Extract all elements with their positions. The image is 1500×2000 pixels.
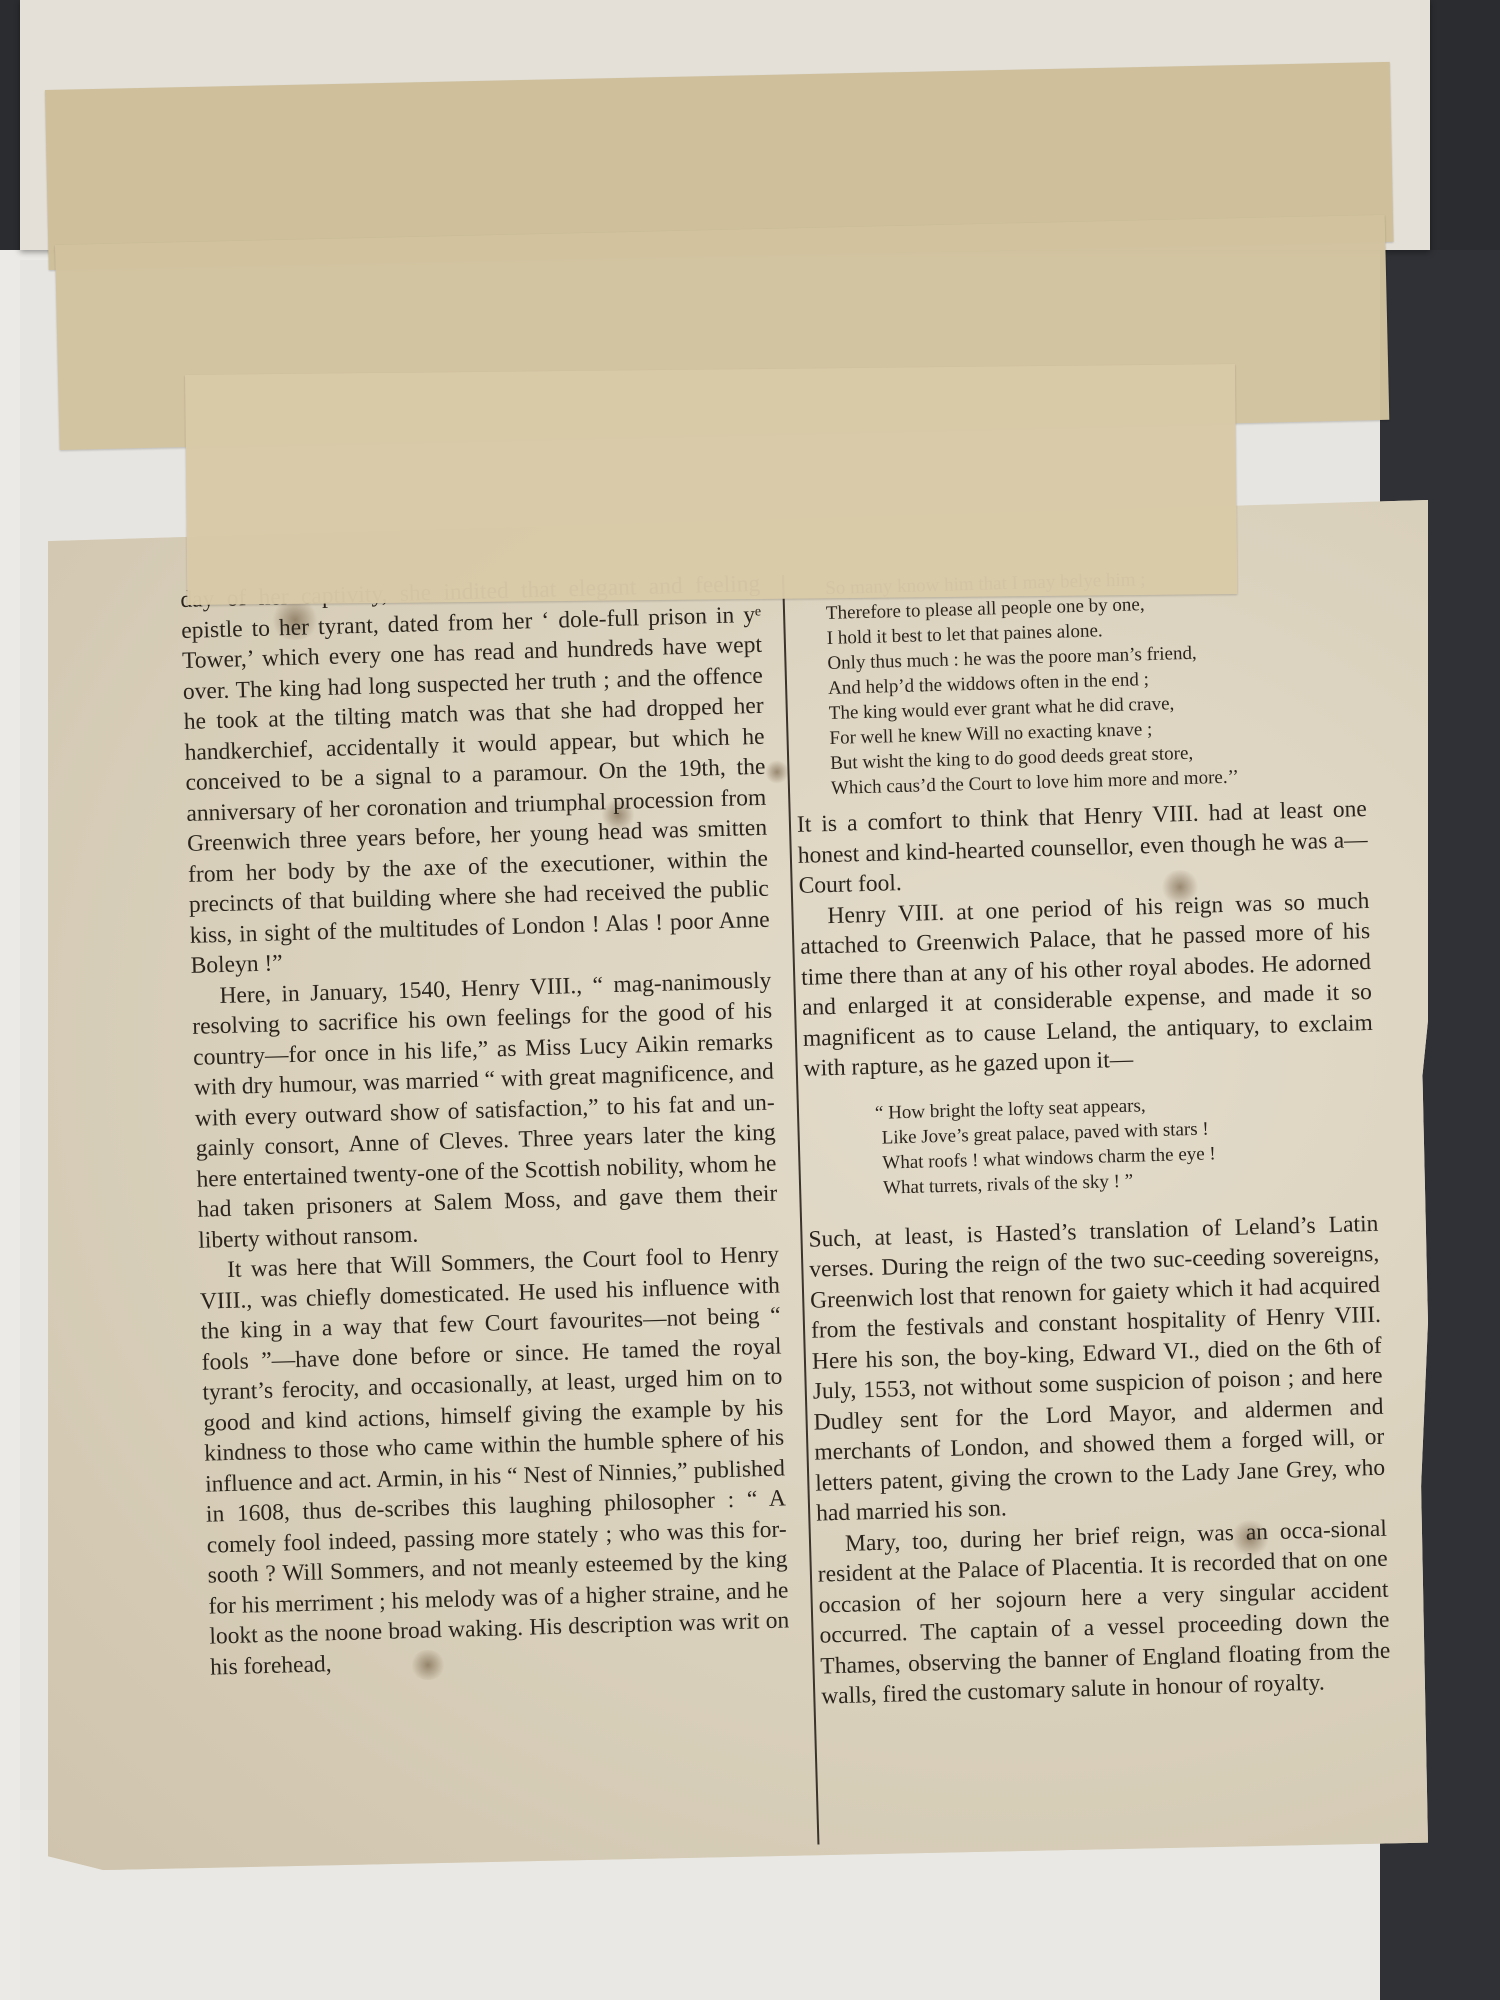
paper-tape-strip	[185, 364, 1237, 605]
paragraph: day of her captivity, she indited that e…	[180, 569, 771, 982]
paragraph: Such, at least, is Hasted’s translation …	[808, 1208, 1386, 1529]
left-column: day of her captivity, she indited that e…	[180, 569, 790, 1683]
paragraph: It was here that Will Sommers, the Court…	[199, 1240, 791, 1683]
paragraph: It is a comfort to think that Henry VIII…	[797, 794, 1369, 901]
paragraph: Henry VIII. at one period of his reign w…	[799, 885, 1374, 1084]
foxing-stain	[765, 760, 789, 784]
right-column: So many know him that I may belye him ; …	[790, 561, 1391, 1712]
paragraph: Here, in January, 1540, Henry VIII., “ m…	[191, 965, 778, 1256]
verse-middle: “ How bright the lofty seat appears, Lik…	[805, 1086, 1378, 1202]
paragraph: Mary, too, during her brief reign, was a…	[817, 1513, 1392, 1712]
